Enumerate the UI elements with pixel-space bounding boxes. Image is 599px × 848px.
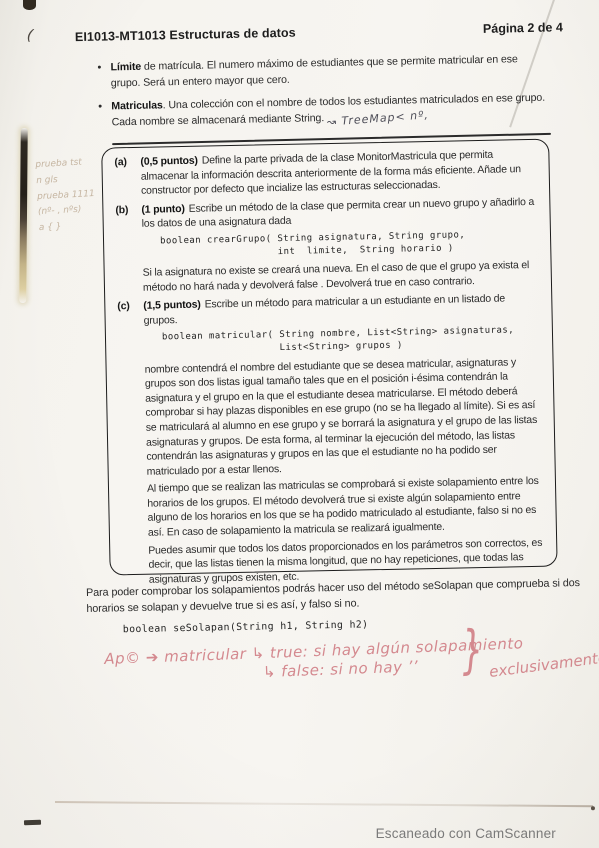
item-paragraph-2: Al tiempo que se realizan las matriculas… — [147, 474, 546, 540]
handwritten-treemap-note: ↝ TreeMap< nº, — [327, 108, 430, 132]
code-creargrupo: boolean crearGrupo( String asignatura, S… — [160, 228, 540, 262]
course-title: EI1013-MT1013 Estructuras de datos — [75, 26, 296, 44]
scanned-exam-page: ( EI1013-MT1013 Estructuras de datos Pág… — [0, 0, 599, 848]
handwritten-pink-note: Ap© ➔ matricular ↳ true: si hay algún so… — [104, 631, 599, 687]
bullet-text: de matrícula. El numero máximo de estudi… — [111, 53, 518, 89]
footer-block: Para poder comprobar los solapamientos p… — [86, 575, 581, 639]
bullet-dot: • — [98, 99, 102, 115]
bullet-limite: • Límite de matrícula. El numero máximo … — [97, 51, 550, 92]
pencil-note-line: a { } — [38, 217, 109, 237]
bullet-dot: • — [97, 60, 101, 76]
item-after-text: Si la asignatura no existe se creará una… — [143, 258, 542, 295]
paper-sheet: EI1013-MT1013 Estructuras de datos Págin… — [0, 0, 599, 801]
item-points: (1 punto) — [141, 203, 185, 216]
exercise-box: (a) (0,5 puntos)Define la parte privada … — [101, 139, 557, 576]
exercise-item-c: (c) (1,5 puntos)Escribe un método para m… — [117, 291, 547, 588]
item-text: Define la parte privada de la clase Moni… — [141, 149, 521, 197]
exercise-item-a: (a) (0,5 puntos)Define la parte privada … — [114, 147, 539, 199]
scan-corner-dash — [24, 820, 41, 826]
item-body: (1 punto)Escribe un método de la clase q… — [141, 195, 541, 295]
page-header: EI1013-MT1013 Estructuras de datos Págin… — [75, 20, 563, 44]
item-label: (a) — [114, 155, 141, 199]
bullet-list: • Límite de matrícula. El numero máximo … — [97, 51, 550, 139]
item-points: (1,5 puntos) — [143, 299, 201, 312]
bullet-matriculas: • Matriculas. Una colección con el nombr… — [98, 90, 551, 132]
item-body: (0,5 puntos)Define la parte privada de l… — [140, 147, 539, 199]
scan-horizontal-line — [55, 801, 593, 807]
item-label: (b) — [115, 203, 143, 296]
pencil-margin-notes: prueba tst n gls prueba 1111 (nº- , nºs)… — [35, 154, 109, 236]
code-matricular: boolean matricular( String nombre, List<… — [162, 324, 542, 358]
handwritten-brace: } — [461, 624, 484, 677]
item-paragraph-1: nombre contendrá el nombre del estudiant… — [144, 354, 544, 479]
item-text: Escribe un método de la clase que permit… — [142, 196, 535, 230]
bullet-term: Matriculas — [111, 100, 163, 113]
camscanner-watermark: Escaneado con CamScanner — [376, 826, 556, 841]
exercise-item-b: (b) (1 punto)Escribe un método de la cla… — [115, 195, 541, 296]
bullet-term: Límite — [110, 61, 141, 74]
item-points: (0,5 puntos) — [140, 155, 198, 168]
item-body: (1,5 puntos)Escribe un método para matri… — [143, 291, 547, 587]
page-number: Página 2 de 4 — [483, 20, 563, 36]
